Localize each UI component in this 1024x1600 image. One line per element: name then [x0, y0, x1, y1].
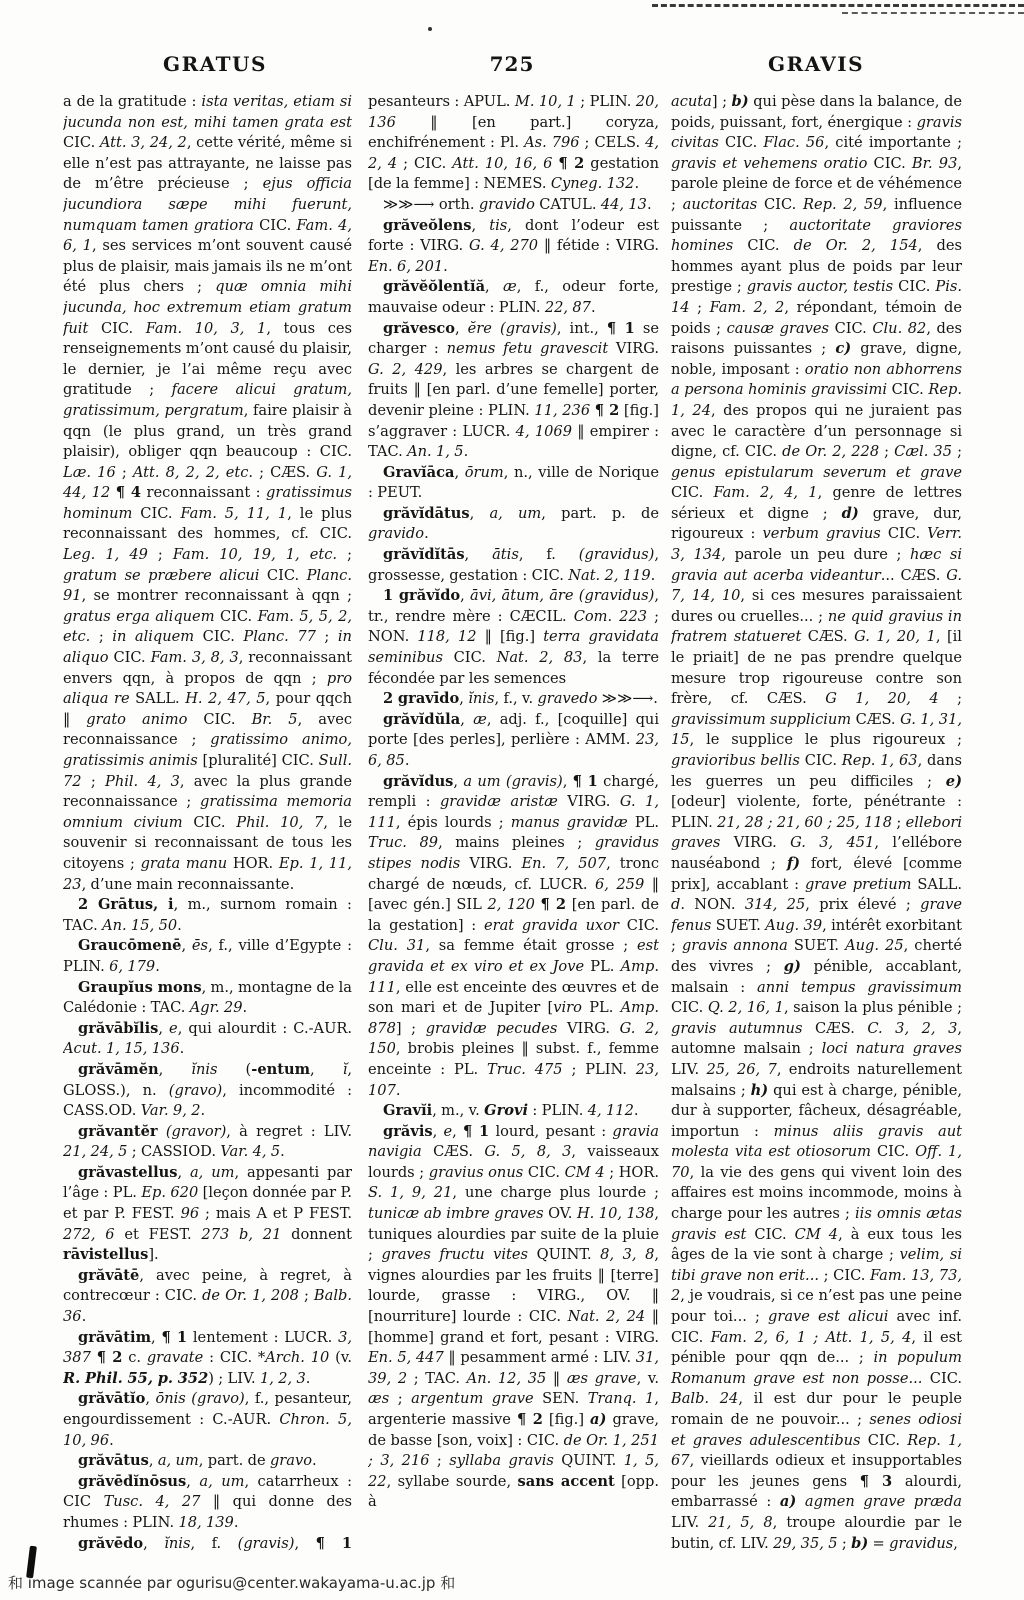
dictionary-paragraph: grăvēdo, ĭnis, f. (gravis), ¶ 1 lourdeur… [63, 1534, 352, 1554]
dictionary-paragraph: grăvāmĕn, ĭnis (-entum, ĭ, GLOSS.), n. (… [63, 1060, 352, 1122]
dictionary-paragraph: grăvēdĭnōsus, a, um, catarrheux : CIC Tu… [63, 1472, 352, 1534]
dictionary-paragraph: grăvĕŏlentĭă, æ, f., odeur forte, mauvai… [368, 277, 659, 318]
dictionary-column-3: acuta] ; b) qui pèse dans la balance, de… [671, 92, 962, 1554]
guide-word-right: GRAVIS [768, 52, 864, 76]
dictionary-paragraph: grăvesco, ĕre (gravis), int., ¶ 1 se cha… [368, 319, 659, 463]
dictionary-paragraph: grăvĭdus, a um (gravis), ¶ 1 chargé, rem… [368, 772, 659, 1102]
guide-word-left: GRATUS [163, 52, 267, 76]
dictionary-paragraph: 1 grăvĭdo, āvi, ātum, āre (gravidus), tr… [368, 586, 659, 689]
dictionary-paragraph: grăvĭdātus, a, um, part. p. de gravido. [368, 504, 659, 545]
dictionary-paragraph: grăvantĕr (gravor), à regret : LIV. 21, … [63, 1122, 352, 1163]
dictionary-paragraph: Gravĭāca, ōrum, n., ville de Norique : P… [368, 463, 659, 504]
dictionary-paragraph: grăvĭdĭtās, ātis, f. (gravidus), grosses… [368, 545, 659, 586]
dictionary-paragraph: grăvātĭo, ōnis (gravo), f., pesanteur, e… [63, 1389, 352, 1451]
dictionary-paragraph: Graucōmenē, ēs, f., ville d’Egypte : PLI… [63, 936, 352, 977]
dictionary-paragraph: grăvis, e, ¶ 1 lourd, pesant : gravia na… [368, 1122, 659, 1513]
dictionary-paragraph: grăvātim, ¶ 1 lentement : LUCR. 3, 387 ¶… [63, 1328, 352, 1390]
dictionary-paragraph: grăvātē, avec peine, à regret, à contrec… [63, 1266, 352, 1328]
dictionary-paragraph: Gravĭi, m., v. Grovi : PLIN. 4, 112. [368, 1101, 659, 1122]
dictionary-paragraph: ≫≫⟶ orth. gravido CATUL. 44, 13. [368, 195, 659, 216]
scan-artifact-dashed-line [652, 4, 1024, 7]
dictionary-paragraph: pesanteurs : APUL. M. 10, 1 ; PLIN. 20, … [368, 92, 659, 195]
dictionary-paragraph: 2 gravīdo, ĭnis, f., v. gravedo ≫≫⟶. [368, 689, 659, 710]
dictionary-paragraph: acuta] ; b) qui pèse dans la balance, de… [671, 92, 962, 1554]
scanned-dictionary-page: GRATUS 725 GRAVIS a de la gratitude : is… [0, 0, 1024, 1600]
dictionary-paragraph: Graupĭus mons, m., montagne de la Calédo… [63, 978, 352, 1019]
scan-artifact-speck [428, 27, 432, 31]
running-head: GRATUS 725 GRAVIS [0, 52, 1024, 80]
dictionary-column-1: a de la gratitude : ista veritas, etiam … [63, 92, 352, 1554]
dictionary-paragraph: grăvastellus, a, um, appesanti par l’âge… [63, 1163, 352, 1266]
dictionary-paragraph: grăveŏlens, tis, dont l’odeur est forte … [368, 216, 659, 278]
dictionary-paragraph: grăvābĭlis, e, qui alourdit : C.-AUR. Ac… [63, 1019, 352, 1060]
page-number: 725 [462, 52, 562, 76]
dictionary-paragraph: grăvĭdŭla, æ, adj. f., [coquille] qui po… [368, 710, 659, 772]
scanner-credit: 和 image scannée par ogurisu@center.wakay… [8, 1572, 1008, 1593]
dictionary-column-2: pesanteurs : APUL. M. 10, 1 ; PLIN. 20, … [368, 92, 659, 1554]
dictionary-paragraph: grăvātus, a, um, part. de gravo. [63, 1451, 352, 1472]
dictionary-paragraph: 2 Grātus, i, m., surnom romain : TAC. An… [63, 895, 352, 936]
dictionary-paragraph: a de la gratitude : ista veritas, etiam … [63, 92, 352, 895]
scan-artifact-dashed-line [842, 12, 1024, 14]
